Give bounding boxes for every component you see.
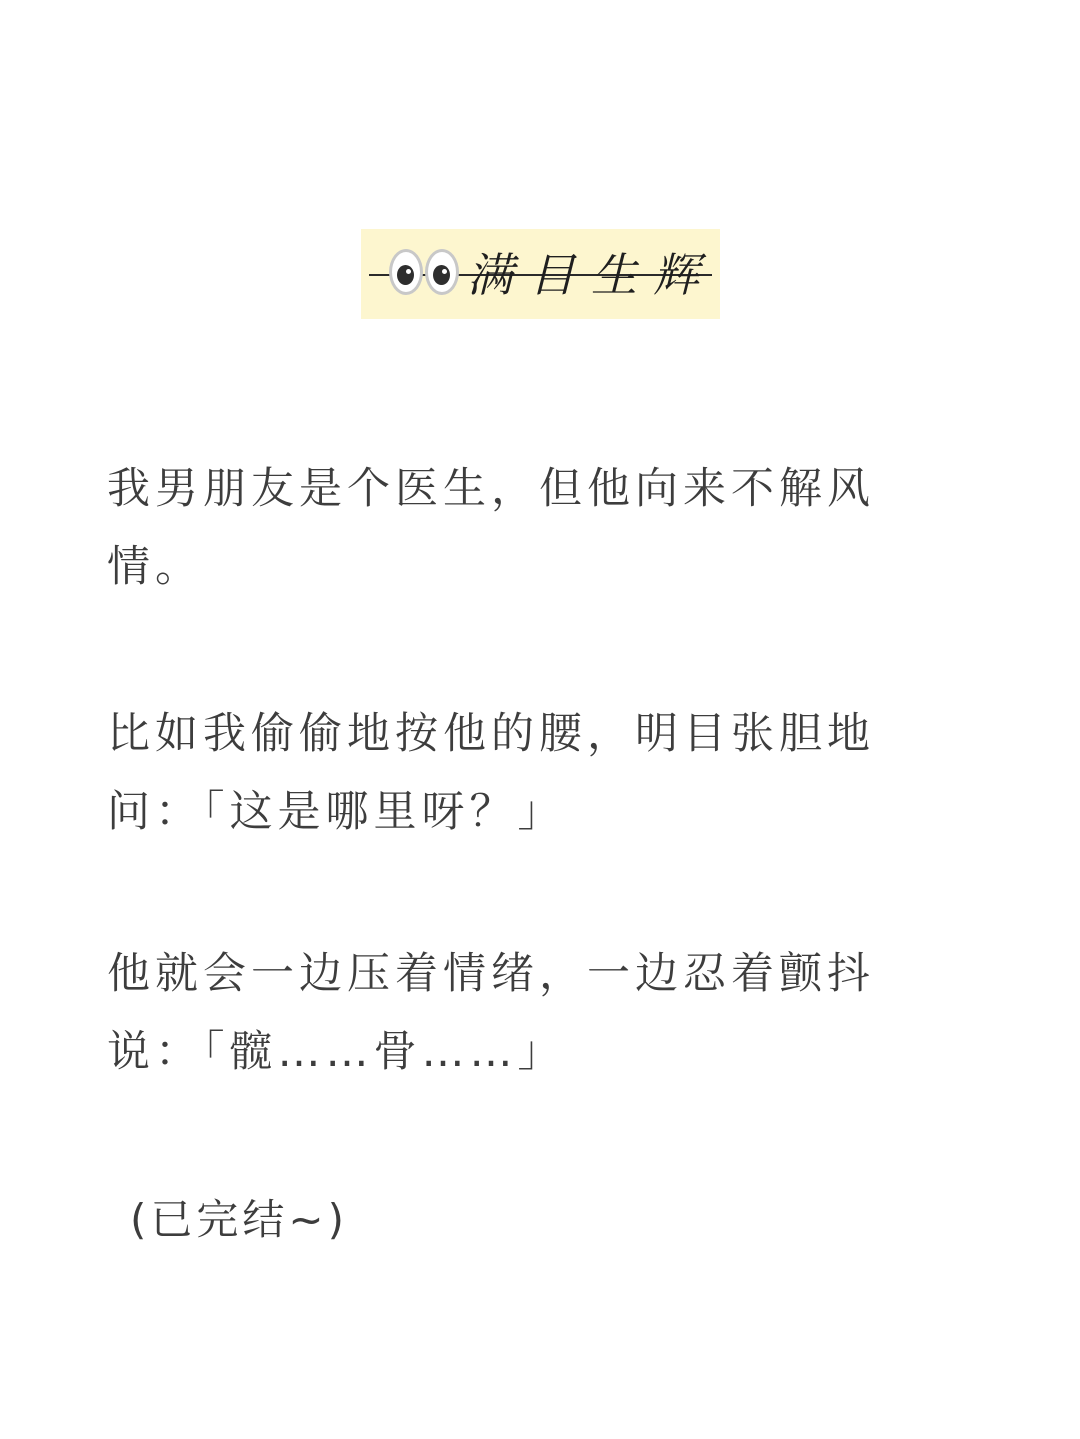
story-paragraph-3: 他就会一边压着情绪，一边忍着颤抖说：「髋……骨……」: [107, 935, 967, 1091]
story-paragraph-1: 我男朋友是个医生，但他向来不解风情。: [107, 450, 967, 606]
story-ending: (已完结~): [130, 1190, 348, 1250]
page-title: 满目生辉: [467, 243, 715, 307]
left-eye-icon: [389, 249, 423, 295]
right-eye-icon: [425, 249, 459, 295]
story-paragraph-2: 比如我偷偷地按他的腰，明目张胆地问：「这是哪里呀？」: [107, 695, 967, 851]
title-label: 满目生辉: [361, 229, 720, 319]
eyes-emoji-icon: [389, 249, 461, 297]
